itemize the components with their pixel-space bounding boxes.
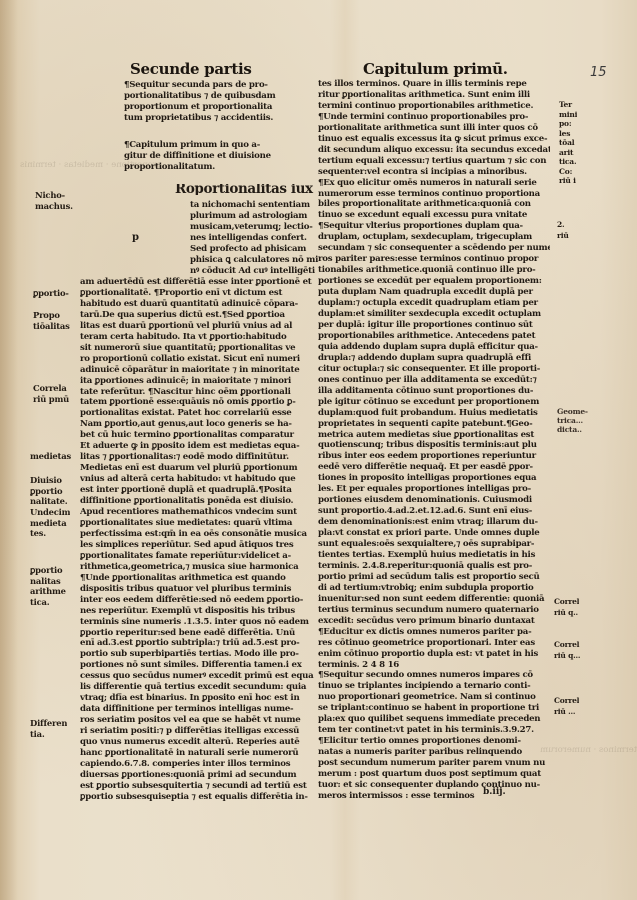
text-line: di ad tertium:vtrobiq; enim subdupla pro… bbox=[318, 583, 550, 594]
text-line: gitur de diffinitione et diuisione bbox=[124, 151, 334, 162]
margin-note-line: Undecim bbox=[30, 507, 70, 518]
text-line: portionalitate arithmetica sunt illi int… bbox=[318, 123, 550, 134]
text-line: enim cōtinuo proportio dupla est: vt pat… bbox=[318, 649, 550, 660]
margin-note-line: arithme bbox=[30, 586, 66, 597]
margin-note-divisio: Diuisioꝑportionalitate. bbox=[30, 475, 68, 507]
show-through-text: terminos · numerorum bbox=[540, 745, 637, 756]
text-line: Medietas enī est duarum vel pluriū ꝑport… bbox=[80, 463, 338, 474]
text-line: secundam ⁊ sic consequenter a scēdendo p… bbox=[318, 243, 550, 254]
text-line: dispositis tribus quatuor vel pluribus t… bbox=[80, 584, 338, 595]
text-line: teram certa habitudo. Ita vt ꝑportio:hab… bbox=[80, 332, 338, 343]
text-line: nꝰ cōducit Ad cuꝰ intelligēti bbox=[190, 266, 335, 277]
text-line: portiones nō sunt similes. Differentia t… bbox=[80, 660, 338, 671]
text-line: terminis. 2 4 8 16 bbox=[318, 660, 550, 671]
margin-note-line: Diuisio bbox=[30, 475, 68, 486]
margin-note-line: Correla bbox=[33, 383, 69, 394]
margin-note-line: riū i bbox=[559, 176, 577, 186]
left-column-intro: ¶Sequitur secunda pars de pro- portional… bbox=[124, 80, 334, 124]
text-line: duplam:quod fuit probandum. Huius mediet… bbox=[318, 408, 550, 419]
guide-letter: p bbox=[132, 232, 139, 243]
text-line: portio sub superbipartiēs tertias. Modo … bbox=[80, 649, 338, 660]
running-head-right: Capitulum primū. bbox=[363, 60, 508, 78]
text-line: est inter ꝑportionē duplā et quadruplā.¶… bbox=[80, 485, 338, 496]
text-line: diuersas ꝑportiones:quoniā primi ad secu… bbox=[80, 770, 338, 781]
text-line: les. Et per equales proportiones intelli… bbox=[318, 484, 550, 495]
text-line: les simplices reperiūtur. Sed apud ātiqu… bbox=[80, 540, 338, 551]
text-line: cessus quo secūdus numerꝰ excedit primū … bbox=[80, 671, 338, 682]
text-line: terminis sine numeris .1.3.5. inter quos… bbox=[80, 617, 338, 628]
text-line: sequenter:vel econtra si incipias a mino… bbox=[318, 167, 550, 178]
text-line: vtraq; dfīa est binarius. In ꝑposito enī… bbox=[80, 693, 338, 704]
margin-note-line: medieta bbox=[30, 518, 70, 529]
running-head-left: Secunde partis bbox=[130, 60, 252, 78]
margin-note-correlarium-4: Correlriū q... bbox=[554, 640, 580, 661]
right-column-body: tes illos terminos. Quare in illis termi… bbox=[318, 79, 550, 802]
text-line: dit secundum aliquo excessu: ita secundu… bbox=[318, 145, 550, 156]
text-line: proportionabiles arithmetice. Antecedens… bbox=[318, 331, 550, 342]
margin-note-line: riū ... bbox=[554, 707, 579, 718]
text-line: ros seriatim positos vel ea que se habēt… bbox=[80, 715, 338, 726]
left-column-body: am aduertēdū est differētiā esse inter ꝑ… bbox=[80, 277, 338, 803]
signature-mark: b.iij. bbox=[483, 787, 506, 797]
margin-note-correlarium: Correlariū pmū bbox=[33, 383, 69, 404]
text-line: Apud recentiores mathemathicos vndecim s… bbox=[80, 507, 338, 518]
text-line: ¶Sequitur secunda pars de pro- bbox=[124, 80, 334, 91]
text-line: druplam, octuplam, sexdecuplam, trigecup… bbox=[318, 232, 550, 243]
margin-note-line: les bbox=[559, 129, 577, 139]
text-line: ¶Unde termini continuo proportionabiles … bbox=[318, 112, 550, 123]
text-line: terminis. 2.4.8.reperitur:quoniā qualis … bbox=[318, 561, 550, 572]
text-line: sit numerorū siue quantitatū; ꝑportional… bbox=[80, 343, 338, 354]
text-line: enī ad.3.est ꝑportio subtripla:⁊ triū ad… bbox=[80, 638, 338, 649]
margin-note-line: riū bbox=[557, 231, 569, 242]
margin-note-medietas: medietas bbox=[30, 451, 71, 462]
text-line: illa additamenta cōtinuo sunt proportion… bbox=[318, 386, 550, 397]
text-line: diffinitione ꝑportionalitatis ponēda est… bbox=[80, 496, 338, 507]
text-line: litas ⁊ ꝑportionalitas:⁊ eodē modo diffi… bbox=[80, 452, 338, 463]
text-line: portionalitatibus ⁊ de quibusdam bbox=[124, 91, 334, 102]
text-line: tinuo se triplantes incipiendo a ternari… bbox=[318, 681, 550, 692]
text-line: pla:ex quo quilibet sequens immediate pr… bbox=[318, 714, 550, 725]
text-line: musicam,veterumq; lectio- bbox=[190, 222, 335, 233]
text-line: citur octupla:⁊ sic consequenter. Et ill… bbox=[318, 364, 550, 375]
text-line: ¶Sequitur secundo omnes numeros impares … bbox=[318, 670, 550, 681]
text-line: rithmetica,geometrica,⁊ musica siue harm… bbox=[80, 562, 338, 573]
text-line: tertium equali excessu:⁊ tertius quartum… bbox=[318, 156, 550, 167]
margin-note-line: 2. bbox=[557, 220, 569, 231]
margin-note-line: nalitas bbox=[30, 576, 66, 587]
text-line: merum : post quartum duos post septimum … bbox=[318, 769, 550, 780]
margin-note-line: tes. bbox=[30, 528, 70, 539]
margin-note-line: nalitate. bbox=[30, 496, 68, 507]
margin-note-line: tica. bbox=[30, 597, 66, 608]
text-line: proportionum et proportionalita bbox=[124, 102, 334, 113]
margin-note-line: arit bbox=[559, 148, 577, 158]
text-line: termini continuo proportionabiles arithm… bbox=[318, 101, 550, 112]
margin-note-correlarium-2: 2.riū bbox=[557, 220, 569, 241]
margin-note-differentia: Differentia. bbox=[30, 718, 67, 739]
text-line: ritur ꝑportionalitas arithmetica. Sunt e… bbox=[318, 90, 550, 101]
text-line: tionabiles arithmetice.quoniā continuo i… bbox=[318, 265, 550, 276]
text-line: ꝑportionalitatē. ¶Proportio enī vt dictu… bbox=[80, 288, 338, 299]
text-line: ones continuo per illa additamenta se ex… bbox=[318, 375, 550, 386]
text-line: metrica autem medietas siue ꝑportionalit… bbox=[318, 430, 550, 441]
margin-note-line: tōal bbox=[559, 138, 577, 148]
text-line: tate referūtur. ¶Nascitur hinc oēm ꝑport… bbox=[80, 387, 338, 398]
margin-note-proportionalitas: Propotiōalitas bbox=[33, 310, 70, 331]
margin-note-geometrica: Geome-trica...dicta.. bbox=[557, 407, 588, 434]
text-line: ri seriatim positi:⁊ p differētias itell… bbox=[80, 726, 338, 737]
text-line: Nam ꝑportio,aut genus,aut loco generis s… bbox=[80, 419, 338, 430]
text-line: nes reperiūtur. Exemplū vt dispositis hi… bbox=[80, 606, 338, 617]
text-line: portiones eiusdem denominationis. Cuiusm… bbox=[318, 495, 550, 506]
margin-note-line: tica. bbox=[559, 157, 577, 167]
margin-note-line: Differen bbox=[30, 718, 67, 729]
margin-note-line: machus. bbox=[35, 201, 73, 212]
text-line: plurimum ad astrologiam bbox=[190, 211, 335, 222]
text-line: natas a numeris pariter paribus relinque… bbox=[318, 747, 550, 758]
margin-note-line: mini bbox=[559, 110, 577, 120]
text-line: ita ꝑportiones adinuicē; in maioritate ⁊… bbox=[80, 376, 338, 387]
margin-note-line: ꝑportio- bbox=[33, 288, 69, 299]
text-line: pla:vt constat ex priori parte. Unde omn… bbox=[318, 528, 550, 539]
text-line: biles proportionalitate arithmetica:quon… bbox=[318, 199, 550, 210]
text-line: capiendo.6.7.8. comperies inter illos te… bbox=[80, 759, 338, 770]
text-line: ro proportionū collatio existat. Sicut e… bbox=[80, 354, 338, 365]
text-line: Et aduerte ꝙ in ꝑposito idem est medieta… bbox=[80, 441, 338, 452]
text-line: am aduertēdū est differētiā esse inter ꝑ… bbox=[80, 277, 338, 288]
margin-note-line: tia. bbox=[30, 729, 67, 740]
text-line: duplam:⁊ octupla excedit quadruplam etia… bbox=[318, 298, 550, 309]
margin-note-line: trica... bbox=[557, 416, 588, 425]
margin-note-line: Correl bbox=[554, 696, 579, 707]
text-line: res cōtinuo geometrice proportionari. In… bbox=[318, 638, 550, 649]
text-line: numerorum esse terminos continuo proport… bbox=[318, 189, 550, 200]
margin-note-undecim: Undecimmedietates. bbox=[30, 507, 70, 539]
margin-note-correlarium-5: Correlriū ... bbox=[554, 696, 579, 717]
text-line: sunt equales:oēs sexquialtere,⁊ oēs supr… bbox=[318, 539, 550, 550]
text-line: data diffinitione per terminos intelliga… bbox=[80, 704, 338, 715]
text-line: est ꝑportio subsesquitertia ⁊ secundi ad… bbox=[80, 781, 338, 792]
text-line: tinuo est equalis excessus ita ꝙ sicut p… bbox=[318, 134, 550, 145]
margin-note-line: Correl bbox=[554, 640, 580, 651]
text-line: nes intelligendas confert. bbox=[190, 233, 335, 244]
margin-note-proportio: ꝑportio- bbox=[33, 288, 69, 299]
text-line: ¶Educitur ex dictis omnes numeros parite… bbox=[318, 627, 550, 638]
text-line: tiones in proposito intelligas proportio… bbox=[318, 473, 550, 484]
margin-note-termini: Terminipo:lestōalarittica.Co:riū i bbox=[559, 100, 577, 186]
margin-note-line: Propo bbox=[33, 310, 70, 321]
text-line: ꝑportio reperitur:sed bene eadē differēt… bbox=[80, 628, 338, 639]
text-line: tum proprietatibus ⁊ accidentiis. bbox=[124, 113, 334, 124]
opening-first-line: Roportionalitas iux bbox=[175, 184, 337, 195]
opening-paragraph: Roportionalitas iux bbox=[175, 184, 337, 195]
text-line: ꝑportio subsesquiseptia ⁊ est equalis di… bbox=[80, 792, 338, 803]
text-line: post secundum numerum pariter parem vnum… bbox=[318, 758, 550, 769]
text-line: tertius terminus secundum numero quatern… bbox=[318, 605, 550, 616]
margin-note-correlarium-3: Correlriū q.. bbox=[554, 597, 579, 618]
text-line: Sed profecto ad phisicam bbox=[190, 244, 335, 255]
text-line: ribus inter eos eedem proportiones reper… bbox=[318, 451, 550, 462]
margin-note-arithmetica: ꝑportionalitasarithmetica. bbox=[30, 565, 66, 607]
text-line: proprietates in sequenti capite patebunt… bbox=[318, 419, 550, 430]
text-line: se triplant:continuo se habent in propor… bbox=[318, 703, 550, 714]
text-line: ta nichomachi sententiam bbox=[190, 200, 335, 211]
text-line: tem ter continet:vt patet in his termini… bbox=[318, 725, 550, 736]
text-line: per duplā: igitur ille proportiones cont… bbox=[318, 320, 550, 331]
margin-note-line: po: bbox=[559, 119, 577, 129]
opening-indented: ta nichomachi sententiam plurimum ad ast… bbox=[190, 200, 335, 277]
margin-note-line: Nicho- bbox=[35, 190, 73, 201]
book-page: proportione · medietas · terminis termin… bbox=[0, 0, 637, 900]
text-line: tatem ꝑportionē esse:quāuis nō omis ꝑpor… bbox=[80, 397, 338, 408]
text-line: eedē vero differētie nequaq̄. Et per eas… bbox=[318, 462, 550, 473]
text-line: drupla:⁊ addendo duplam supra quadruplā … bbox=[318, 353, 550, 364]
text-line: proportionalitatum. bbox=[124, 162, 334, 173]
text-line: tinuo se excedunt equali excessu pura vn… bbox=[318, 210, 550, 221]
margin-note-line: Co: bbox=[559, 167, 577, 177]
margin-note-line: ꝑportio bbox=[30, 565, 66, 576]
text-line: adinuicē cōparātur in maioritate ⁊ in mi… bbox=[80, 365, 338, 376]
text-line: litas est duarū ꝑportionū vel pluriū vni… bbox=[80, 321, 338, 332]
text-line: ¶Capitulum primum in quo a- bbox=[124, 140, 334, 151]
text-line: ¶Unde ꝑportionalitas arithmetica est qua… bbox=[80, 573, 338, 584]
text-line: tuor: et sic consequenter duplando conti… bbox=[318, 780, 550, 791]
text-line: sunt proportio.4.ad.2.et.12.ad.6. Sunt e… bbox=[318, 506, 550, 517]
margin-note-line: medietas bbox=[30, 451, 71, 462]
text-line: portionalitas existat. Patet hoc correla… bbox=[80, 408, 338, 419]
text-line: habitudo est duarū quantitatū adinuicē c… bbox=[80, 299, 338, 310]
text-line: ¶Ex quo elicitur omēs numeros in natural… bbox=[318, 178, 550, 189]
text-line: dem denominationis:est enim vtraq; illar… bbox=[318, 517, 550, 528]
text-line: quo vnus numerus excedit alterū. Reperie… bbox=[80, 737, 338, 748]
chapter-heading: ¶Capitulum primum in quo a- gitur de dif… bbox=[124, 140, 334, 173]
margin-note-line: Correl bbox=[554, 597, 579, 608]
text-line: tes illos terminos. Quare in illis termi… bbox=[318, 79, 550, 90]
text-line: ꝑportionalitates siue medietates: quarū … bbox=[80, 518, 338, 529]
text-line: phisica ꝗ calculatores nō mi bbox=[190, 255, 335, 266]
text-line: inter eos eedem differētie:sed nō eedem … bbox=[80, 595, 338, 606]
text-line: duplam:et similiter sexdecupla excedit o… bbox=[318, 309, 550, 320]
margin-note-line: dicta.. bbox=[557, 425, 588, 434]
text-line: ꝑportionalitates famate reperiūtur:videl… bbox=[80, 551, 338, 562]
margin-note-line: tiōalitas bbox=[33, 321, 70, 332]
text-line: ¶Sequitur vlterius proportiones duplam q… bbox=[318, 221, 550, 232]
text-line: excedit: secūdus vero primum binario dun… bbox=[318, 616, 550, 627]
text-line: nuo proportionari geometrice. Nam si con… bbox=[318, 692, 550, 703]
text-line: inuenitur:sed non sunt eedem differentie… bbox=[318, 594, 550, 605]
text-line: ple igitur cōtinuo se excedunt per propo… bbox=[318, 397, 550, 408]
margin-note-nichomachus: Nicho-machus. bbox=[35, 190, 73, 211]
text-line: hanc ꝑportionalitatē in naturali serie n… bbox=[80, 748, 338, 759]
text-line: meros intermissos : esse terminos bbox=[318, 791, 550, 802]
text-line: ¶Elicitur tertio omnes proportiones deno… bbox=[318, 736, 550, 747]
text-line: tientes tertias. Exemplū huius medietati… bbox=[318, 550, 550, 561]
margin-note-line: ꝑportio bbox=[30, 486, 68, 497]
text-line: lis differentie quā tertius excedit secu… bbox=[80, 682, 338, 693]
margin-note-line: riū q... bbox=[554, 651, 580, 662]
text-line: bet cū huic termino ꝑportionalitas compa… bbox=[80, 430, 338, 441]
text-line: portiones se excedūt per equalem proport… bbox=[318, 276, 550, 287]
text-line: tarū.De qua superius dictū est.¶Sed ꝑpor… bbox=[80, 310, 338, 321]
text-line: quia addendo duplam supra duplā efficitu… bbox=[318, 342, 550, 353]
text-line: perfectissima est:qm̄ in ea oēs consonāt… bbox=[80, 529, 338, 540]
text-line: portio primi ad secūdum talis est propor… bbox=[318, 572, 550, 583]
margin-note-line: riū q.. bbox=[554, 608, 579, 619]
folio-number: 15 bbox=[590, 65, 607, 80]
text-line: vnius ad alterā certa habitudo: vt habit… bbox=[80, 474, 338, 485]
margin-note-line: riū pmū bbox=[33, 394, 69, 405]
text-line: ros pariter pares:esse terminos continuo… bbox=[318, 254, 550, 265]
text-line: quotienscunq; tribus dispositis terminis… bbox=[318, 440, 550, 451]
margin-note-line: Ter bbox=[559, 100, 577, 110]
text-line: puta duplam Nam quadrupla excedit duplā … bbox=[318, 287, 550, 298]
margin-note-line: Geome- bbox=[557, 407, 588, 416]
gutter-shadow bbox=[0, 0, 18, 900]
